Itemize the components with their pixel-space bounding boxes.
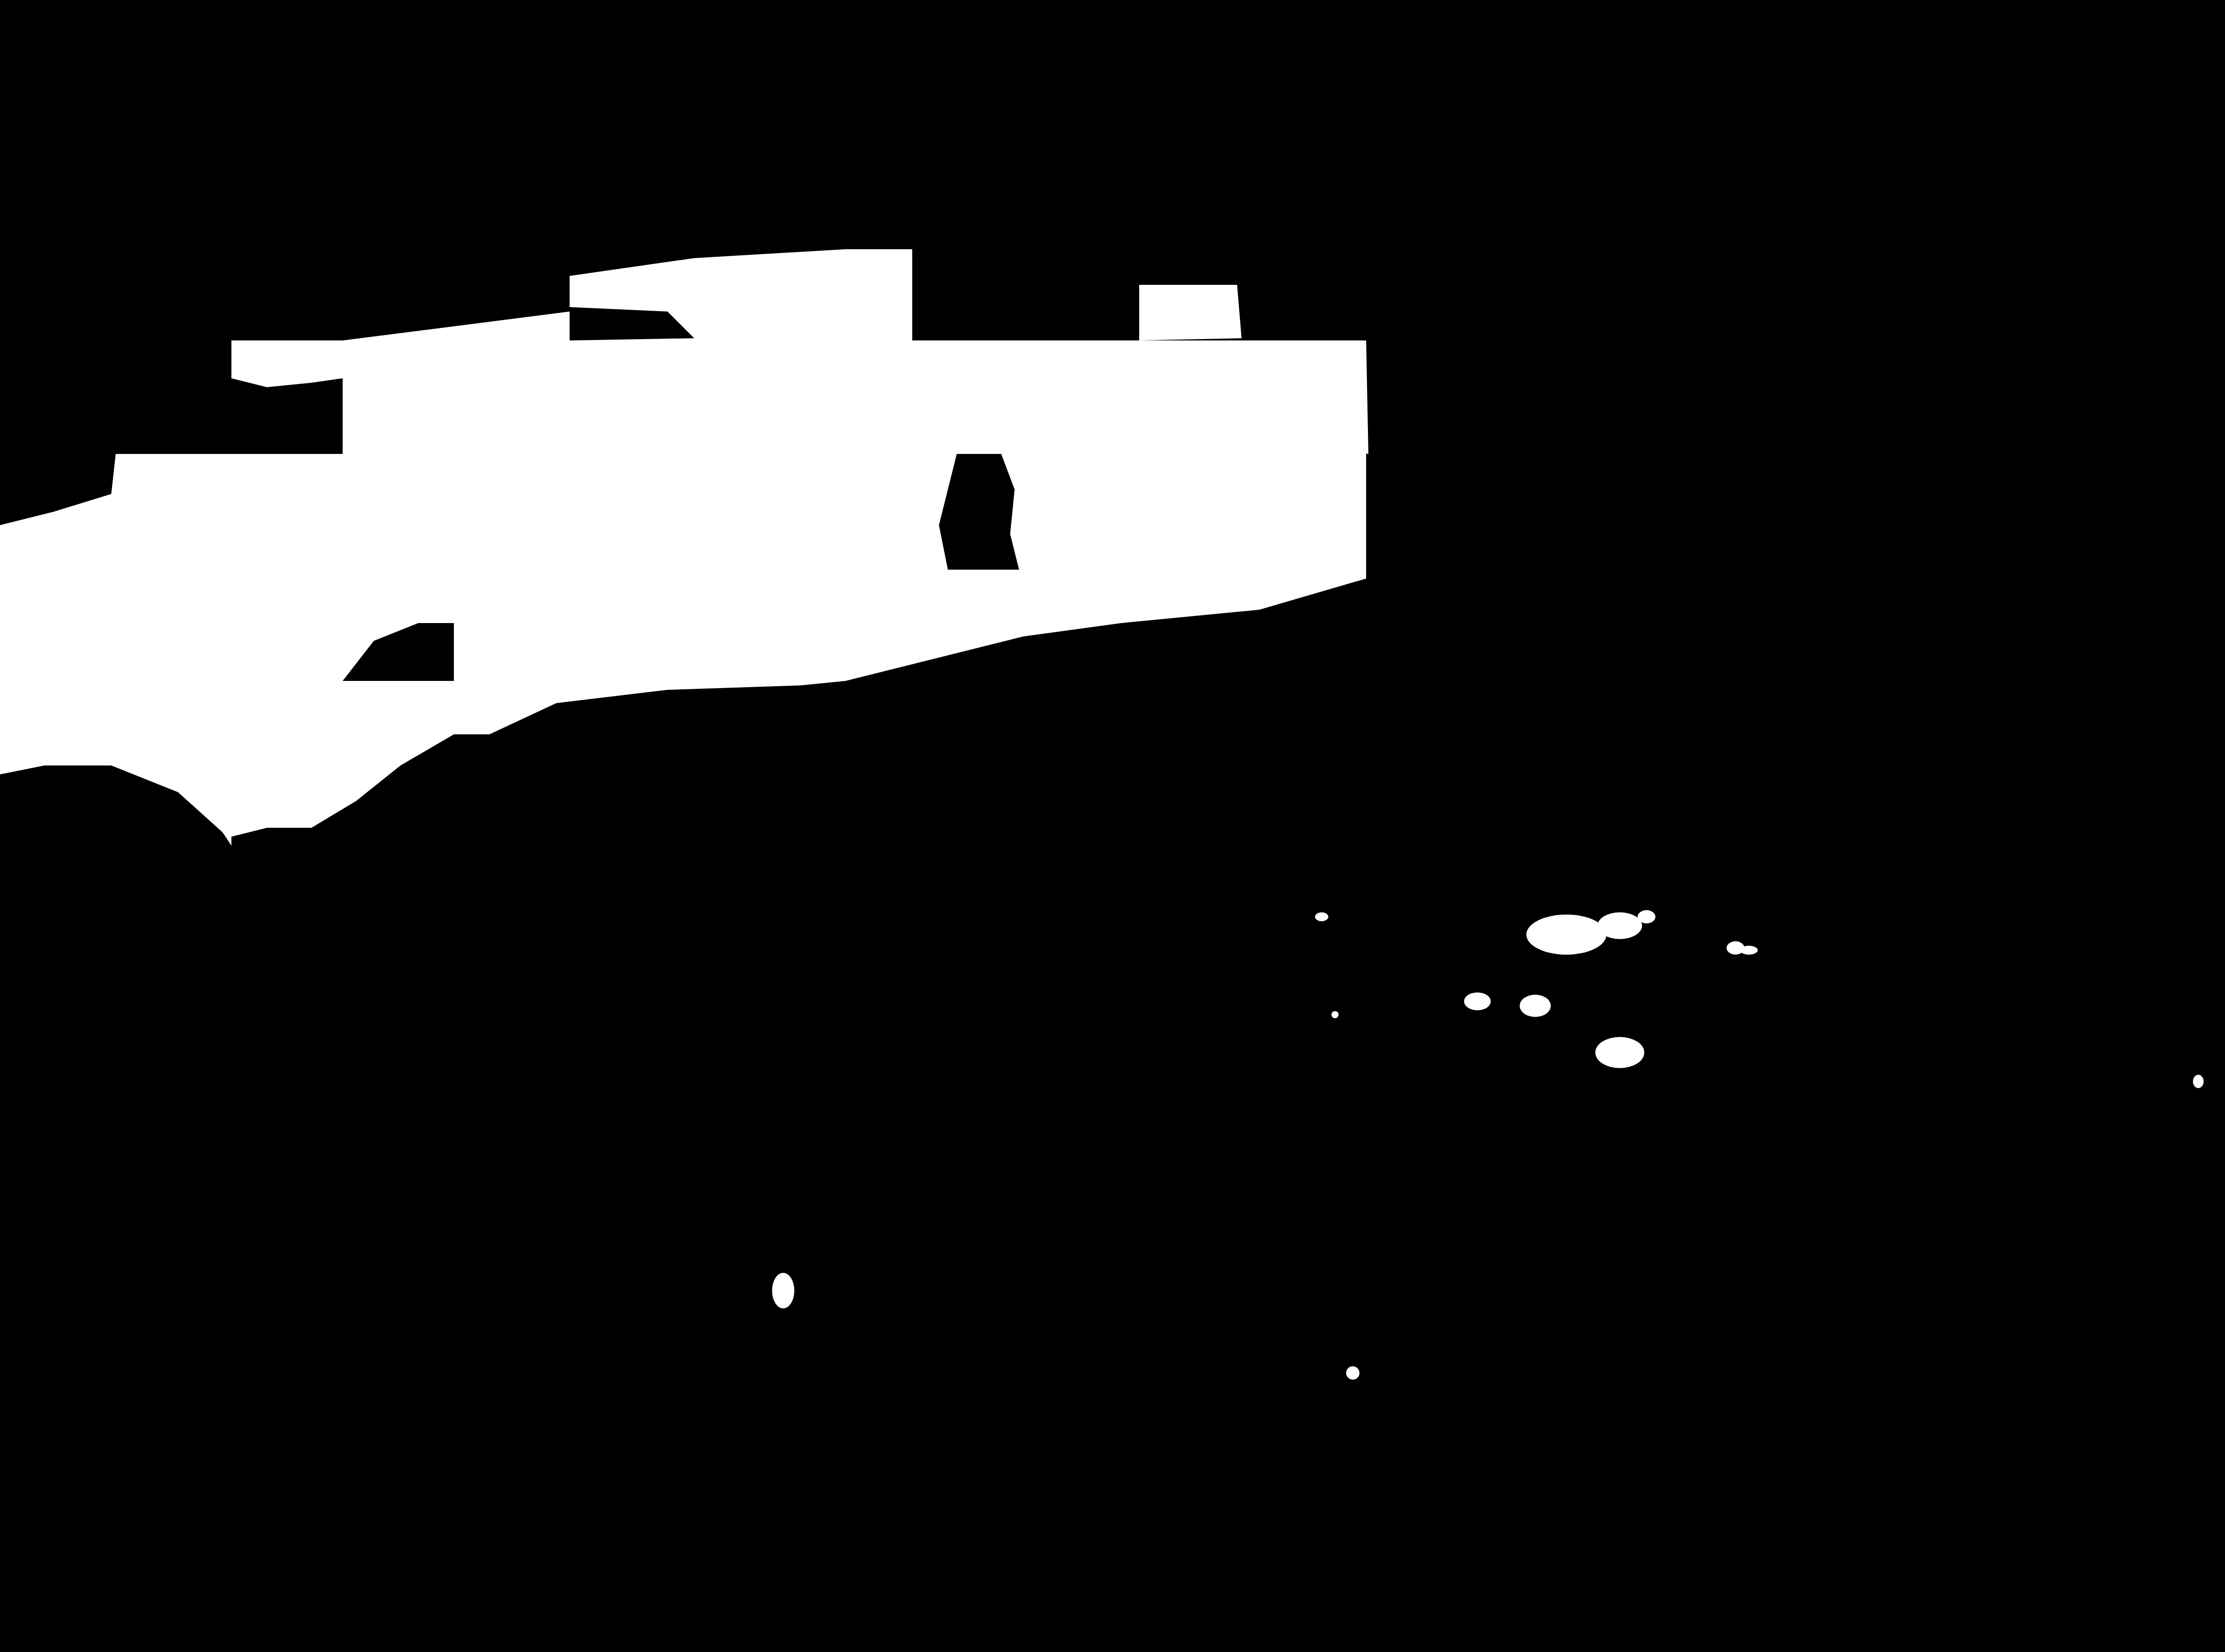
segmentation-mask — [0, 0, 2225, 1652]
mask-background — [0, 0, 2225, 1652]
